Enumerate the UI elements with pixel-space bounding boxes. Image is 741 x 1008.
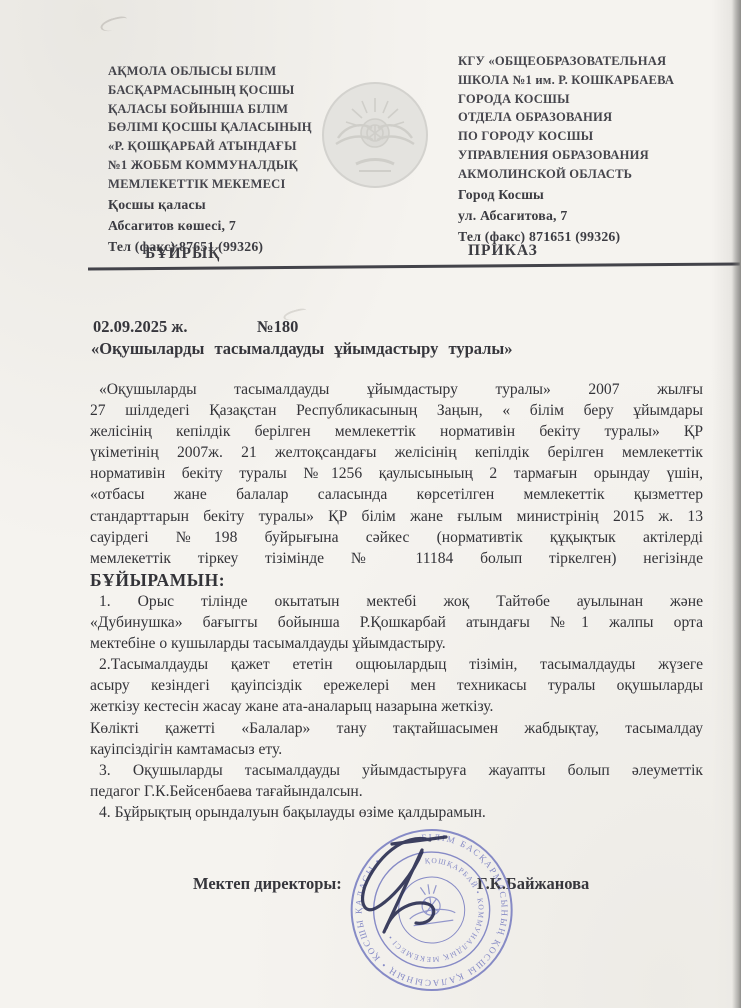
body-line: 2.Тасымалдауды қажет ететін ощюылардыц т… <box>90 654 703 675</box>
letterhead-right-line: УПРАВЛЕНИЯ ОБРАЗОВАНИЯ <box>458 146 708 165</box>
letterhead-left-address-line: Қосшы қаласы <box>108 194 348 215</box>
letterhead-right-line: ГОРОДА КОСШЫ <box>458 90 708 109</box>
letterhead-left-line: МЕМЛЕКЕТТІК МЕКЕМЕСІ <box>108 175 348 194</box>
body-line: «Дубинушка» бағыггы бойынша Р.Қошкарбай … <box>90 612 703 633</box>
body-line: «Оқушыларды тасымалдауды ұйымдастыру тур… <box>90 379 703 400</box>
body-line: БҰЙЫРАМЫН: <box>90 569 703 591</box>
order-date: 02.09.2025 ж. <box>93 317 187 336</box>
body-line: 27 шілдедегі Қазақстан Республикасының З… <box>90 400 703 421</box>
letterhead-right-line: АКМОЛИНСКОЙ ОБЛАСТЬ <box>458 165 708 184</box>
body-line: мектебіне о кушыларды тасымалдауды ұйымд… <box>90 633 703 654</box>
letterhead-right: КГУ «ОБЩЕОБРАЗОВАТЕЛЬНАЯШКОЛА №1 им. Р. … <box>458 52 708 247</box>
letterhead-right-line: ШКОЛА №1 им. Р. КОШКАРБАЕВА <box>458 71 708 90</box>
director-signature <box>334 820 474 965</box>
letterhead-left-address-line: Тел (факс) 87651 (99326) <box>108 236 348 257</box>
body-line: асыру кезіндегі қауіпсіздік ережелері ме… <box>90 675 703 696</box>
body-line: Көлікті қажетті «Балалар» тану тақтайшас… <box>90 718 703 739</box>
order-label-russian: ПРИКАЗ <box>468 242 538 260</box>
kazakhstan-emblem-icon <box>316 78 434 201</box>
header-divider-line <box>88 262 740 270</box>
body-line: жеткізу кестесін жасау жане ата-аналарыц… <box>90 696 703 717</box>
order-meta: 02.09.2025 ж. №180 <box>93 317 187 337</box>
body-line: педагог Г.К.Бейсенбаева тағайындалсын. <box>90 781 703 802</box>
letterhead-right-address-line: ул. Абсагитова, 7 <box>458 205 708 226</box>
letterhead-right-line: ПО ГОРОДУ КОСШЫ <box>458 127 708 146</box>
signature-label: Мектеп директоры: <box>193 874 342 894</box>
letterhead-left-line: БӨЛІМІ ҚОСШЫ ҚАЛАСЫНЫҢ <box>108 118 348 137</box>
letterhead-left-line: ҚАЛАСЫ БОЙЫНША БІЛІМ <box>108 100 348 119</box>
body-line: мемлекеттік тіркеу тізімінде № 11184 бол… <box>90 548 703 569</box>
letterhead-left-line: АҚМОЛА ОБЛЫСЫ БІЛІМ <box>108 62 348 81</box>
body-line: 3. Оқушыларды тасымалдауды уйымдастыруға… <box>90 760 703 781</box>
scan-page-edge <box>732 0 741 1008</box>
body-line: желісінің кепілдік берілген мемлекеттік … <box>90 421 703 442</box>
letterhead-left: АҚМОЛА ОБЛЫСЫ БІЛІМБАСҚАРМАСЫНЫҢ ҚОСШЫҚА… <box>108 62 348 257</box>
letterhead-left-line: «Р. ҚОШҚАРБАЙ АТЫНДАҒЫ <box>108 137 348 156</box>
scan-smudge <box>99 15 129 34</box>
order-body: «Оқушыларды тасымалдауды ұйымдастыру тур… <box>90 379 703 823</box>
body-line: 1. Орыс тілінде окытатын мектебі жоқ Тай… <box>90 591 703 612</box>
body-line: стандарттарын бекіту туралы» ҚР білім жа… <box>90 506 703 527</box>
letterhead-left-line: №1 ЖОББМ КОММУНАЛДЫҚ <box>108 156 348 175</box>
body-line: «отбасы жане балалар саласында көрсетілг… <box>90 484 703 505</box>
order-label-kazakh: БҰЙРЫҚ <box>145 245 220 263</box>
scanned-order-document: АҚМОЛА ОБЛЫСЫ БІЛІМБАСҚАРМАСЫНЫҢ ҚОСШЫҚА… <box>0 0 741 1008</box>
letterhead-right-line: ОТДЕЛА ОБРАЗОВАНИЯ <box>458 108 708 127</box>
letterhead-right-line: КГУ «ОБЩЕОБРАЗОВАТЕЛЬНАЯ <box>458 52 708 71</box>
body-line: нормативін бекіту туралы №1256 қаулысыны… <box>90 463 703 484</box>
body-line: кауіпсіздігін камтамасыз ету. <box>90 739 703 760</box>
order-title: «Оқушыларды тасымалдауды ұйымдастыру тур… <box>91 339 513 359</box>
letterhead-left-address-line: Абсагитов көшесі, 7 <box>108 215 348 236</box>
letterhead-right-address-line: Город Косшы <box>458 184 708 205</box>
letterhead-left-line: БАСҚАРМАСЫНЫҢ ҚОСШЫ <box>108 81 348 100</box>
order-number: №180 <box>257 317 298 337</box>
body-line: сауірдегі №198 буйрығына сәйкес (нормати… <box>90 527 703 548</box>
body-line: үкіметінің 2007ж. 21 желтоқсандағы желіс… <box>90 442 703 463</box>
